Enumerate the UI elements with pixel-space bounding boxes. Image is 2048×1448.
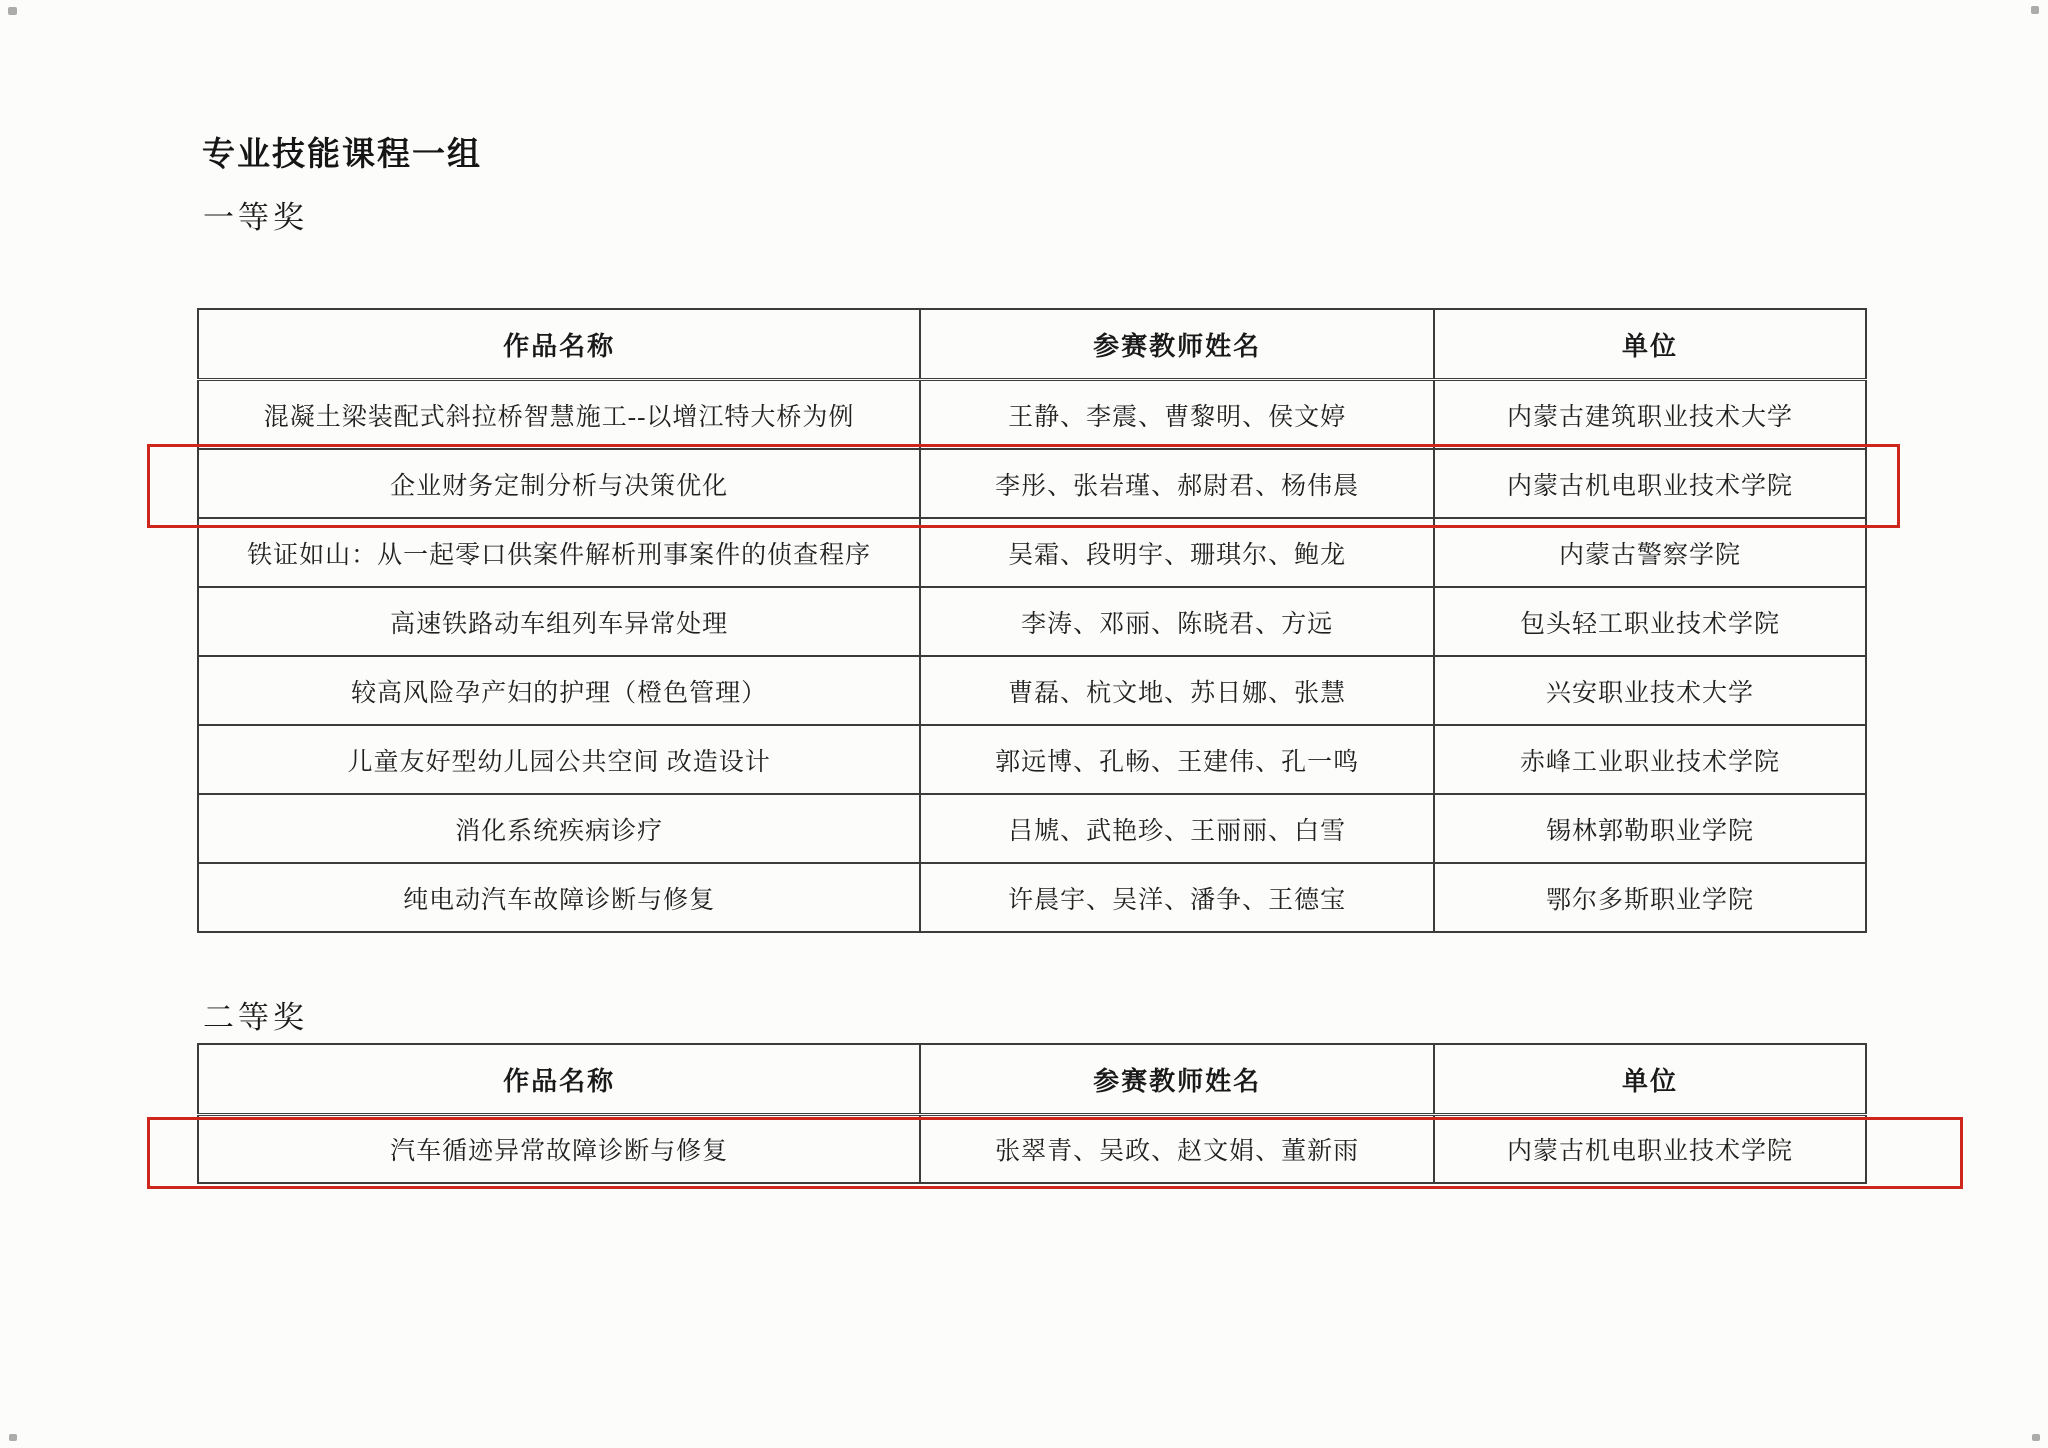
table-header-row: 作品名称 参赛教师姓名 单位 (198, 309, 1866, 380)
section-heading-first-prize: 一等奖 (203, 192, 308, 237)
org-cell: 内蒙古机电职业技术学院 (1434, 1115, 1866, 1184)
scan-speck (2032, 1434, 2040, 1441)
org-cell: 赤峰工业职业技术学院 (1434, 725, 1866, 794)
table-row: 铁证如山：从一起零口供案件解析刑事案件的侦查程序 吴霜、段明宇、珊琪尔、鲍龙 内… (198, 518, 1866, 587)
teachers-cell: 吕虓、武艳珍、王丽丽、白雪 (920, 794, 1434, 863)
teachers-cell: 张翠青、吴政、赵文娟、董新雨 (920, 1115, 1434, 1184)
column-header-teachers: 参赛教师姓名 (920, 309, 1434, 380)
work-title-cell: 儿童友好型幼儿园公共空间 改造设计 (198, 725, 920, 794)
table-row: 儿童友好型幼儿园公共空间 改造设计 郭远博、孔畅、王建伟、孔一鸣 赤峰工业职业技… (198, 725, 1866, 794)
work-title-cell: 消化系统疾病诊疗 (198, 794, 920, 863)
teachers-cell: 李彤、张岩瑾、郝尉君、杨伟晨 (920, 449, 1434, 518)
org-cell: 锡林郭勒职业学院 (1434, 794, 1866, 863)
work-title-cell: 较高风险孕产妇的护理（橙色管理） (198, 656, 920, 725)
table-row: 高速铁路动车组列车异常处理 李涛、邓丽、陈晓君、方远 包头轻工职业技术学院 (198, 587, 1866, 656)
scan-speck (9, 1434, 17, 1441)
org-cell: 内蒙古建筑职业技术大学 (1434, 380, 1866, 450)
column-header-work: 作品名称 (198, 309, 920, 380)
work-title-cell: 混凝土梁装配式斜拉桥智慧施工--以增江特大桥为例 (198, 380, 920, 450)
org-cell: 包头轻工职业技术学院 (1434, 587, 1866, 656)
org-cell: 内蒙古机电职业技术学院 (1434, 449, 1866, 518)
work-title-cell: 高速铁路动车组列车异常处理 (198, 587, 920, 656)
work-title-cell: 汽车循迹异常故障诊断与修复 (198, 1115, 920, 1184)
teachers-cell: 李涛、邓丽、陈晓君、方远 (920, 587, 1434, 656)
org-cell: 兴安职业技术大学 (1434, 656, 1866, 725)
document-title: 专业技能课程一组 (202, 128, 482, 175)
scan-speck (2031, 6, 2039, 14)
second-prize-table: 作品名称 参赛教师姓名 单位 汽车循迹异常故障诊断与修复 张翠青、吴政、赵文娟、… (197, 1043, 1867, 1184)
teachers-cell: 许晨宇、吴洋、潘争、王德宝 (920, 863, 1434, 932)
work-title-cell: 企业财务定制分析与决策优化 (198, 449, 920, 518)
column-header-org: 单位 (1434, 1044, 1866, 1115)
teachers-cell: 吴霜、段明宇、珊琪尔、鲍龙 (920, 518, 1434, 587)
teachers-cell: 曹磊、杭文地、苏日娜、张慧 (920, 656, 1434, 725)
table-header-row: 作品名称 参赛教师姓名 单位 (198, 1044, 1866, 1115)
column-header-work: 作品名称 (198, 1044, 920, 1115)
table-row: 较高风险孕产妇的护理（橙色管理） 曹磊、杭文地、苏日娜、张慧 兴安职业技术大学 (198, 656, 1866, 725)
teachers-cell: 王静、李震、曹黎明、侯文婷 (920, 380, 1434, 450)
work-title-cell: 铁证如山：从一起零口供案件解析刑事案件的侦查程序 (198, 518, 920, 587)
org-cell: 内蒙古警察学院 (1434, 518, 1866, 587)
org-cell: 鄂尔多斯职业学院 (1434, 863, 1866, 932)
table-row: 消化系统疾病诊疗 吕虓、武艳珍、王丽丽、白雪 锡林郭勒职业学院 (198, 794, 1866, 863)
teachers-cell: 郭远博、孔畅、王建伟、孔一鸣 (920, 725, 1434, 794)
work-title-cell: 纯电动汽车故障诊断与修复 (198, 863, 920, 932)
first-prize-table: 作品名称 参赛教师姓名 单位 混凝土梁装配式斜拉桥智慧施工--以增江特大桥为例 … (197, 308, 1867, 933)
column-header-teachers: 参赛教师姓名 (920, 1044, 1434, 1115)
scanned-award-document: 专业技能课程一组 一等奖 作品名称 参赛教师姓名 单位 混凝土梁装配式斜拉桥智慧… (0, 0, 2048, 1448)
table-row: 混凝土梁装配式斜拉桥智慧施工--以增江特大桥为例 王静、李震、曹黎明、侯文婷 内… (198, 380, 1866, 450)
section-heading-second-prize: 二等奖 (203, 992, 308, 1037)
scan-speck (8, 7, 17, 15)
table-row: 纯电动汽车故障诊断与修复 许晨宇、吴洋、潘争、王德宝 鄂尔多斯职业学院 (198, 863, 1866, 932)
column-header-org: 单位 (1434, 309, 1866, 380)
table-row-highlighted: 企业财务定制分析与决策优化 李彤、张岩瑾、郝尉君、杨伟晨 内蒙古机电职业技术学院 (198, 449, 1866, 518)
table-row-highlighted: 汽车循迹异常故障诊断与修复 张翠青、吴政、赵文娟、董新雨 内蒙古机电职业技术学院 (198, 1115, 1866, 1184)
